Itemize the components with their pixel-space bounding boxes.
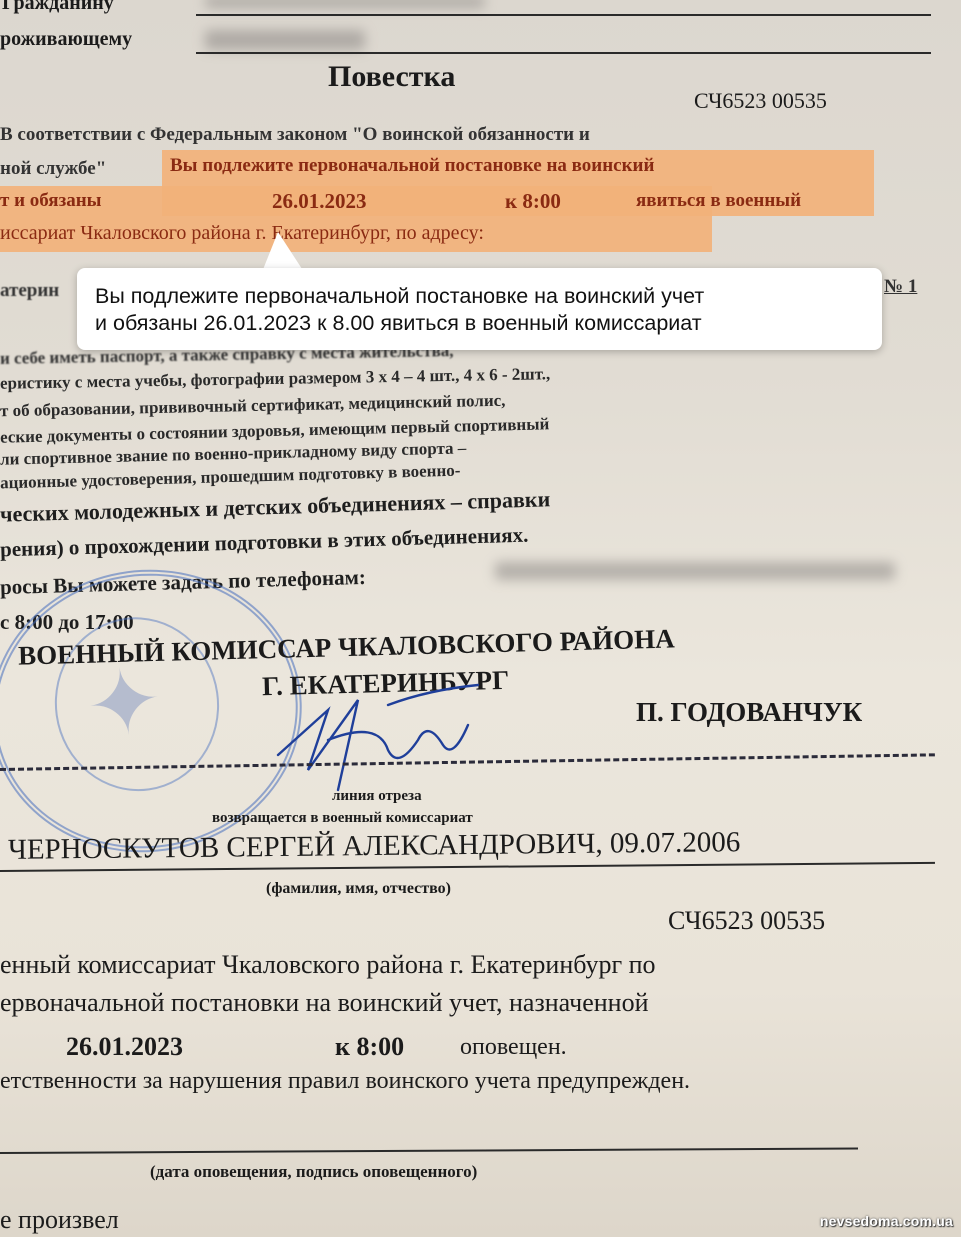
body-line-2-plain: ной службе" (0, 158, 106, 180)
person-caption: (фамилия, имя, отчество) (266, 880, 451, 898)
signature-caption: (дата оповещения, подпись оповещенного) (150, 1162, 477, 1182)
commissar-name: П. ГОДОВАНЧУК (636, 697, 862, 728)
address-number: № 1 (884, 276, 917, 298)
residence-label: роживающему (0, 28, 132, 51)
body-line-12: ческих молодежных и детских объединениях… (0, 486, 551, 527)
notified-person: ЧЕРНОСКУТОВ СЕРГЕЙ АЛЕКСАНДРОВИЧ, 09.07.… (8, 826, 741, 867)
body-line-4-highlight: иссариат Чкаловского района г. Екатеринб… (0, 222, 484, 245)
tear-off-line-2: ервоначальной постановки на воинский уче… (0, 988, 649, 1018)
appointment-time: к 8:00 (505, 189, 561, 214)
redacted-recipient-name (205, 0, 485, 8)
tear-off-line-6: е произвел (0, 1205, 119, 1235)
residence-underline (196, 52, 931, 54)
tear-off-notified: оповещен. (460, 1034, 567, 1061)
recipient-underline (196, 14, 931, 16)
redacted-phone-numbers (495, 562, 895, 580)
body-line-1: В соответствии с Федеральным законом "О … (0, 124, 590, 146)
signature-underline (0, 1148, 858, 1154)
tear-off-line-4: етственности за нарушения правил воинско… (0, 1068, 690, 1095)
recipient-label: Гражданину (2, 0, 114, 15)
callout-line-2: и обязаны 26.01.2023 к 8.00 явиться в во… (95, 310, 882, 337)
tear-off-date: 26.01.2023 (66, 1032, 183, 1062)
tear-off-serial-number: СЧ6523 00535 (668, 906, 825, 936)
body-line-3-prefix: т и обязаны (0, 190, 102, 212)
body-line-7: еристику с места учебы, фотографии разме… (0, 364, 550, 394)
source-watermark: nevsedoma.com.ua (820, 1213, 953, 1229)
body-line-5: атерин (0, 280, 59, 302)
tear-off-line-1: енный комиссариат Чкаловского района г. … (0, 950, 656, 980)
signature-scribble (268, 680, 488, 800)
serial-number: СЧ6523 00535 (694, 88, 827, 114)
redacted-address (205, 30, 365, 50)
body-line-3-suffix: явиться в военный (636, 190, 801, 212)
body-line-13: рения) о прохождении подготовки в этих о… (0, 523, 529, 563)
callout-line-1: Вы подлежите первоначальной постановке н… (95, 283, 882, 310)
callout-pointer (262, 232, 304, 272)
returned-note: возвращается в военный комиссариат (212, 810, 473, 827)
tear-off-time: к 8:00 (335, 1032, 404, 1062)
cut-line-label: линия отреза (332, 788, 422, 805)
appointment-date: 26.01.2023 (272, 189, 367, 214)
document-title: Повестка (328, 60, 455, 94)
body-line-2-highlight: Вы подлежите первоначальной постановке н… (170, 155, 654, 177)
explanation-callout: Вы подлежите первоначальной постановке н… (77, 268, 882, 350)
